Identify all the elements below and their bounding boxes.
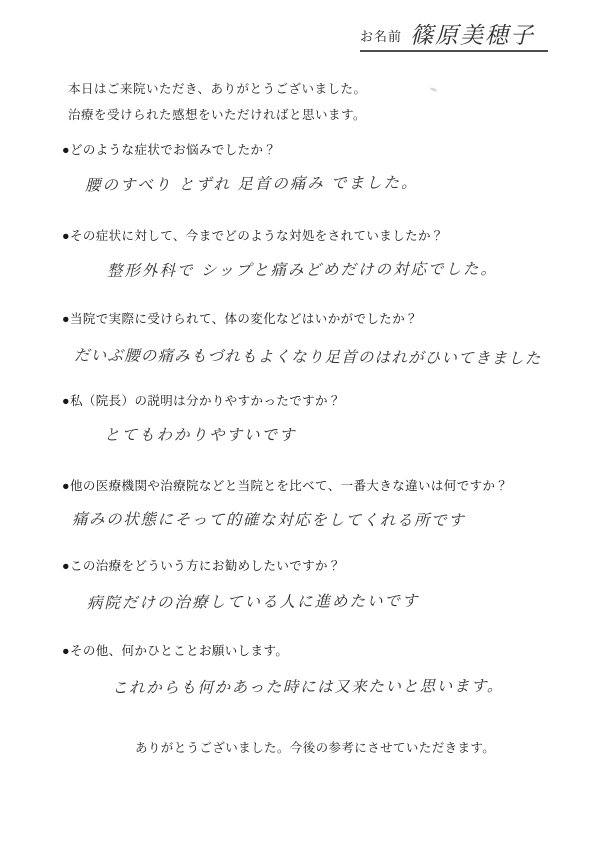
question-block-6: ●この治療をどういう方にお勧めしたいですか？ 病院だけの治療している人に進めたい… [62, 556, 420, 612]
intro-text: 本日はご来院いただき、ありがとうございました。 治療を受けられた感想をいただけれ… [68, 76, 367, 128]
question-text-7: ●その他、何かひとことお願いします。 [62, 641, 504, 659]
intro-line-2: 治療を受けられた感想をいただければと思います。 [68, 102, 367, 128]
scan-artifact [430, 87, 438, 92]
handwritten-answer-7: これからも何かあった時には又来たいと思います。 [112, 674, 504, 698]
question-block-3: ●当院で実際に受けられて、体の変化などはいかがでしたか？ だいぶ腰の痛みもづれも… [62, 309, 542, 367]
handwritten-answer-5: 痛みの状態にそって的確な対応をしてくれる所です [72, 507, 508, 531]
question-block-7: ●その他、何かひとことお願いします。 これからも何かあった時には又来たいと思いま… [62, 641, 504, 697]
patient-feedback-form: お名前 篠原美穂子 本日はご来院いただき、ありがとうございました。 治療を受けら… [0, 0, 600, 848]
question-block-5: ●他の医療機関や治療院などと当院とを比べて、一番大きな違いは何ですか？ 痛みの状… [62, 476, 508, 530]
handwritten-answer-1: 腰のすべり とずれ 足首の痛み でました。 [85, 171, 419, 196]
name-label: お名前 [360, 26, 402, 47]
question-text-1: ●どのような症状でお悩みでしたか？ [62, 140, 419, 158]
name-value-handwritten: 篠原美穂子 [410, 24, 535, 47]
closing-text: ありがとうございました。今後の参考にさせていただきます。 [135, 738, 495, 756]
intro-line-1: 本日はご来院いただき、ありがとうございました。 [68, 76, 367, 102]
question-text-4: ●私（院長）の説明は分かりやすかったですか？ [62, 391, 341, 409]
question-text-5: ●他の医療機関や治療院などと当院とを比べて、一番大きな違いは何ですか？ [62, 476, 508, 494]
question-text-3: ●当院で実際に受けられて、体の変化などはいかがでしたか？ [62, 309, 542, 327]
question-block-1: ●どのような症状でお悩みでしたか？ 腰のすべり とずれ 足首の痛み でました。 [62, 140, 419, 194]
handwritten-answer-3: だいぶ腰の痛みもづれもよくなり足首のはれがひいてきました [74, 343, 542, 368]
name-field: お名前 篠原美穂子 [360, 24, 548, 52]
question-block-4: ●私（院長）の説明は分かりやすかったですか？ とてもわかりやすいです [62, 391, 341, 445]
question-block-2: ●その症状に対して、今までどのような対処をされていましたか？ 整形外科で シップ… [62, 226, 498, 280]
handwritten-answer-6: 病院だけの治療している人に進めたいです [87, 589, 420, 613]
handwritten-answer-4: とてもわかりやすいです [104, 423, 341, 445]
handwritten-answer-2: 整形外科で シップと痛みどめだけの対応でした。 [107, 257, 498, 281]
question-text-6: ●この治療をどういう方にお勧めしたいですか？ [62, 556, 420, 574]
question-text-2: ●その症状に対して、今までどのような対処をされていましたか？ [62, 226, 498, 244]
